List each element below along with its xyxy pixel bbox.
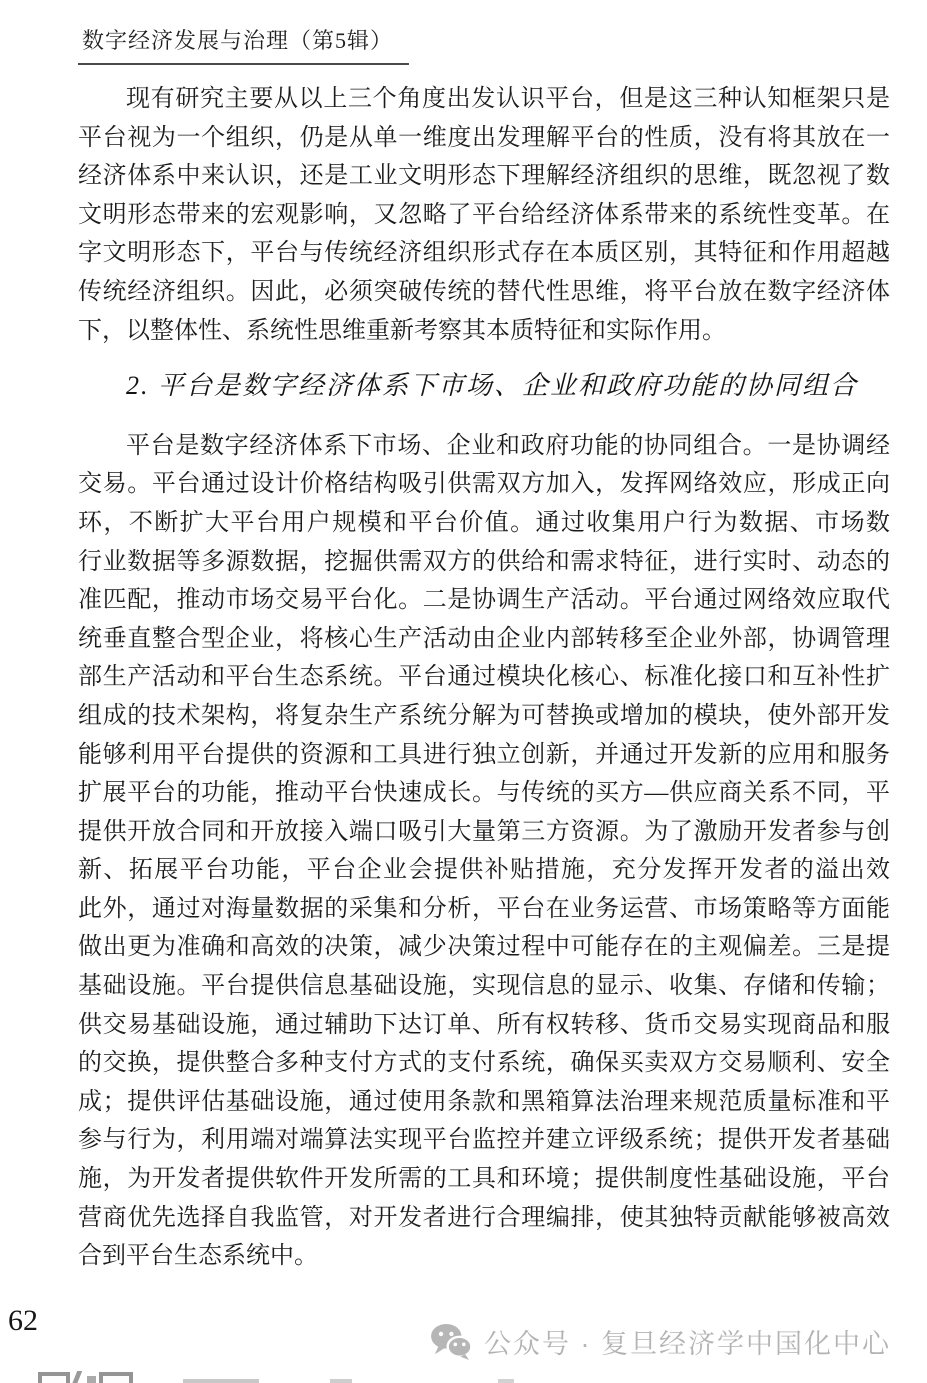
text-line: 能够利用平台提供的资源和工具进行独立创新，并通过开发新的应用和服务来 [78, 736, 890, 775]
text-line: 部生产活动和平台生态系统。平台通过模块化核心、标准化接口和互补性扩展 [78, 658, 890, 697]
cutoff-square-artifact-2 [99, 1372, 133, 1383]
cutoff-square-artifact-1 [38, 1372, 70, 1383]
wechat-watermark: 公众号 · 复旦经济学中国化中心 [430, 1322, 891, 1361]
text-line: 成；提供评估基础设施，通过使用条款和黑箱算法治理来规范质量标准和平台 [78, 1083, 890, 1122]
cutoff-slash-artifact [71, 1371, 82, 1383]
paragraph-1: 现有研究主要从以上三个角度出发认识平台，但是这三种认知框架只是将平台视为一个组织… [78, 80, 890, 350]
text-line: 合到平台生态系统中。 [78, 1237, 890, 1276]
text-line: 扩展平台的功能，推动平台快速成长。与传统的买方—供应商关系不同，平台 [78, 774, 890, 813]
text-line: 字文明形态下，平台与传统经济组织形式存在本质区别，其特征和作用超越了 [78, 234, 890, 273]
cutoff-watermark-row [0, 1370, 927, 1383]
text-line: 施，为开发者提供软件开发所需的工具和环境；提供制度性基础设施，平台运 [78, 1160, 890, 1199]
text-line: 行业数据等多源数据，挖掘供需双方的供给和需求特征，进行实时、动态的精 [78, 543, 890, 582]
page-content: 现有研究主要从以上三个角度出发认识平台，但是这三种认知框架只是将平台视为一个组织… [78, 80, 890, 1276]
text-line: 经济体系中来认识，还是工业文明形态下理解经济组织的思维，既忽视了数字 [78, 157, 890, 196]
document-page: 数字经济发展与治理（第5辑） 现有研究主要从以上三个角度出发认识平台，但是这三种… [0, 0, 927, 1383]
wechat-icon [430, 1323, 472, 1360]
text-line: 此外，通过对海量数据的采集和分析，平台在业务运营、市场策略等方面能够 [78, 890, 890, 929]
text-line: 平台是数字经济体系下市场、企业和政府功能的协同组合。一是协调经济 [78, 427, 890, 466]
text-line: 交易。平台通过设计价格结构吸引供需双方加入，发挥网络效应，形成正向循 [78, 465, 890, 504]
text-line: 基础设施。平台提供信息基础设施，实现信息的显示、收集、存储和传输；提 [78, 967, 890, 1006]
text-line: 的交换，提供整合多种支付方式的支付系统，确保买卖双方交易顺利、安全完 [78, 1044, 890, 1083]
text-line: 文明形态带来的宏观影响，又忽略了平台给经济体系带来的系统性变革。在数 [78, 196, 890, 235]
text-line: 参与行为，利用端对端算法实现平台监控并建立评级系统；提供开发者基础设 [78, 1121, 890, 1160]
cutoff-dash-artifact-3 [498, 1379, 514, 1383]
text-line: 做出更为准确和高效的决策，减少决策过程中可能存在的主观偏差。三是提供 [78, 928, 890, 967]
text-line: 下，以整体性、系统性思维重新考察其本质特征和实际作用。 [78, 312, 890, 351]
paragraph-2: 平台是数字经济体系下市场、企业和政府功能的协同组合。一是协调经济交易。平台通过设… [78, 427, 890, 1276]
page-number: 62 [8, 1304, 38, 1338]
text-line: 传统经济组织。因此，必须突破传统的替代性思维，将平台放在数字经济体系 [78, 273, 890, 312]
cutoff-dash-artifact-1 [183, 1379, 259, 1383]
text-line: 平台视为一个组织，仍是从单一维度出发理解平台的性质，没有将其放在一个 [78, 119, 890, 158]
text-line: 现有研究主要从以上三个角度出发认识平台，但是这三种认知框架只是将 [78, 80, 890, 119]
running-head: 数字经济发展与治理（第5辑） [78, 24, 409, 65]
section-heading: 2. 平台是数字经济体系下市场、企业和政府功能的协同组合 [78, 367, 890, 406]
text-line: 准匹配，推动市场交易平台化。二是协调生产活动。平台通过网络效应取代传 [78, 581, 890, 620]
text-line: 新、拓展平台功能，平台企业会提供补贴措施，充分发挥开发者的溢出效应。 [78, 851, 890, 890]
text-line: 供交易基础设施，通过辅助下达订单、所有权转移、货币交易实现商品和服务 [78, 1006, 890, 1045]
cutoff-tick-artifact [87, 1376, 96, 1383]
text-line: 统垂直整合型企业，将核心生产活动由企业内部转移至企业外部，协调管理外 [78, 620, 890, 659]
text-line: 提供开放合同和开放接入端口吸引大量第三方资源。为了激励开发者参与创 [78, 813, 890, 852]
text-line: 环，不断扩大平台用户规模和平台价值。通过收集用户行为数据、市场数据、 [78, 504, 890, 543]
text-line: 组成的技术架构，将复杂生产系统分解为可替换或增加的模块，使外部开发者 [78, 697, 890, 736]
text-line: 营商优先选择自我监管，对开发者进行合理编排，使其独特贡献能够被高效整 [78, 1199, 890, 1238]
watermark-text: 公众号 · 复旦经济学中国化中心 [484, 1322, 891, 1361]
cutoff-dash-artifact-2 [330, 1379, 352, 1383]
